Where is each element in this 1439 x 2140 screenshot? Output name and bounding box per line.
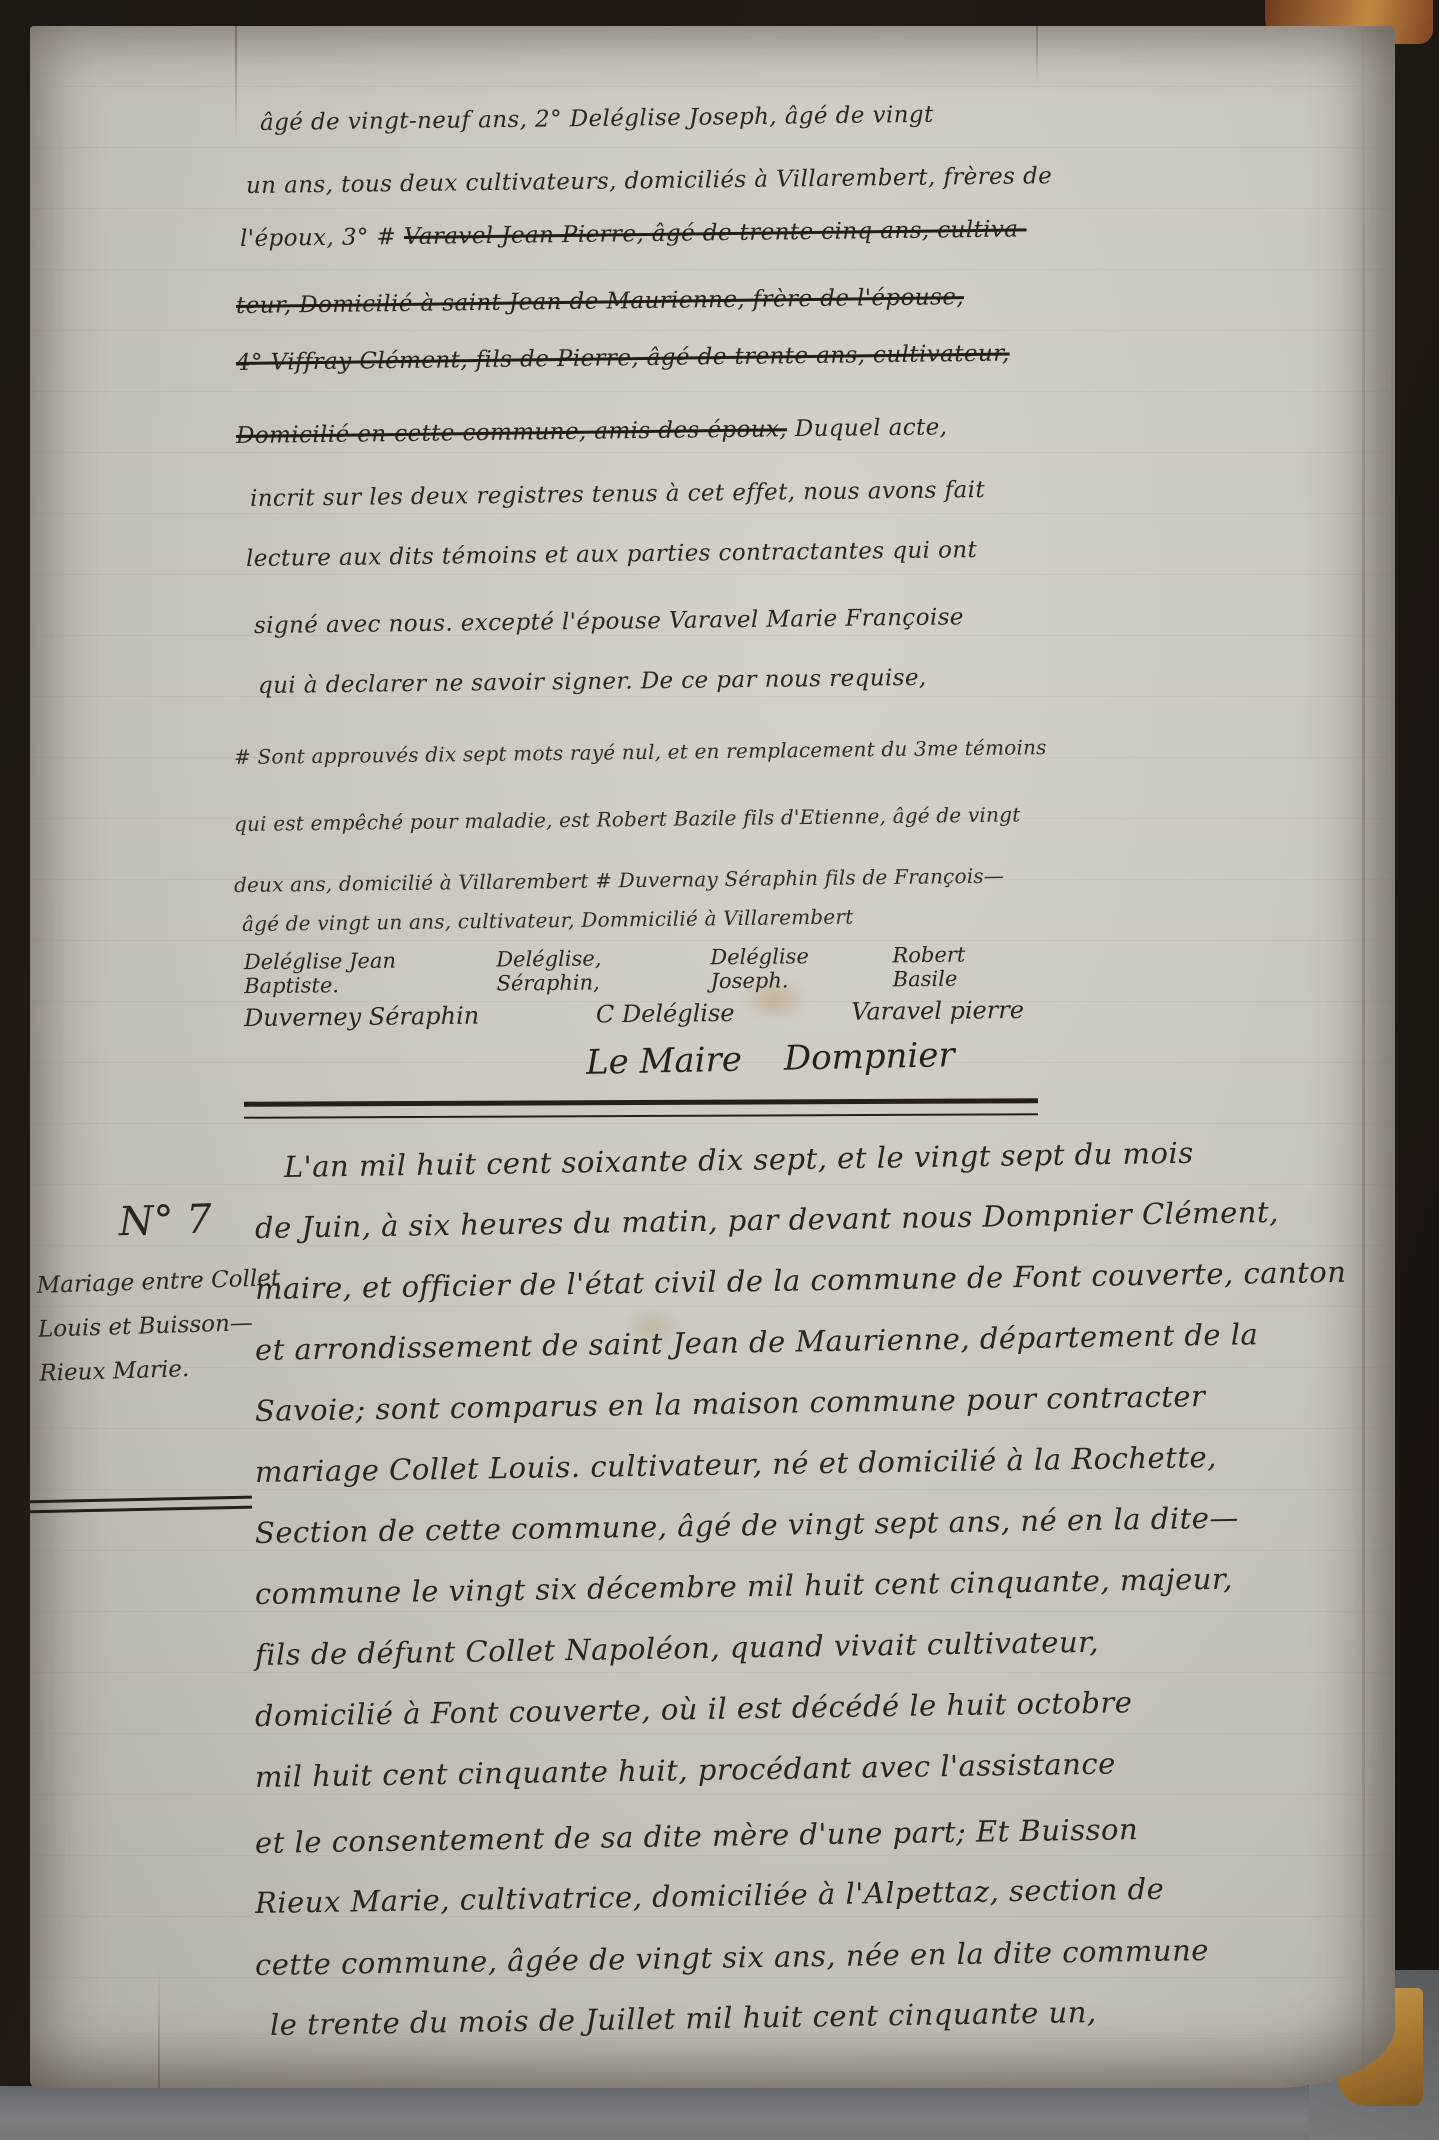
text-segment: domicilié à Font couverte, où il est déc… — [255, 1685, 1133, 1733]
signature: Duverney Séraphin — [244, 1002, 479, 1032]
signature-row: Deléglise Jean Baptiste. Deléglise, Séra… — [244, 942, 1036, 998]
text-segment: mil huit cent cinquante huit, procédant … — [255, 1746, 1116, 1794]
text-segment: Duquel acte, — [787, 414, 948, 442]
manuscript-line: mil huit cent cinquante huit, procédant … — [255, 1746, 1116, 1794]
manuscript-line: Section de cette commune, âgé de vingt s… — [255, 1501, 1239, 1550]
text-segment: # Sont approuvés dix sept mots rayé nul,… — [234, 735, 1047, 769]
manuscript-line: signé avec nous. excepté l'épouse Varave… — [254, 604, 964, 639]
manuscript-line: Savoie; sont comparus en la maison commu… — [255, 1379, 1206, 1428]
text-segment: Section de cette commune, âgé de vingt s… — [255, 1501, 1239, 1550]
annotation-line: # Sont approuvés dix sept mots rayé nul,… — [234, 735, 1047, 769]
text-segment: L'an mil huit cent soixante dix sept, et… — [284, 1136, 1194, 1184]
manuscript-line: incrit sur les deux registres tenus à ce… — [250, 477, 985, 512]
manuscript-line: le trente du mois de Juillet mil huit ce… — [270, 1995, 1097, 2042]
manuscript-line: l'époux, 3° # Varavel Jean Pierre, âgé d… — [240, 216, 1027, 252]
text-segment: lecture aux dits témoins et aux parties … — [246, 537, 977, 572]
struck-text-segment: teur, Domicilié à saint Jean de Maurienn… — [236, 284, 964, 319]
text-segment: un ans, tous deux cultivateurs, domicili… — [246, 163, 1052, 199]
text-segment: le trente du mois de Juillet mil huit ce… — [270, 1995, 1097, 2042]
text-segment: qui est empêché pour maladie, est Robert… — [234, 802, 1021, 836]
annotation-line: âgé de vingt un ans, cultivateur, Dommic… — [242, 905, 854, 936]
text-segment: signé avec nous. excepté l'épouse Varave… — [254, 604, 964, 639]
text-segment: et arrondissement de saint Jean de Mauri… — [255, 1317, 1259, 1367]
manuscript-line: mariage Collet Louis. cultivateur, né et… — [255, 1440, 1217, 1489]
page-crease — [158, 1966, 160, 2088]
manuscript-line: cette commune, âgée de vingt six ans, né… — [255, 1933, 1209, 1982]
text-segment: cette commune, âgée de vingt six ans, né… — [255, 1933, 1209, 1982]
manuscript-line: commune le vingt six décembre mil huit c… — [255, 1562, 1233, 1611]
manuscript-line: de Juin, à six heures du matin, par deva… — [255, 1195, 1279, 1245]
margin-note-line: Mariage entre Collet — [36, 1256, 273, 1307]
manuscript-line: un ans, tous deux cultivateurs, domicili… — [246, 163, 1052, 199]
struck-text-segment: Varavel Jean Pierre, âgé de trente cinq … — [404, 216, 1027, 250]
margin-note-line: Rieux Marie. — [39, 1344, 276, 1395]
page-curl-shadow — [1362, 26, 1365, 2088]
text-segment: âgé de vingt-neuf ans, 2° Deléglise Jose… — [260, 102, 934, 136]
signature: Deléglise Jean Baptiste. — [244, 948, 497, 999]
text-segment: Savoie; sont comparus en la maison commu… — [255, 1379, 1206, 1428]
register-page: âgé de vingt-neuf ans, 2° Deléglise Jose… — [30, 26, 1395, 2088]
text-segment: de Juin, à six heures du matin, par deva… — [255, 1195, 1279, 1245]
manuscript-line: L'an mil huit cent soixante dix sept, et… — [284, 1136, 1194, 1184]
manuscript-line: et le consentement de sa dite mère d'une… — [255, 1812, 1139, 1860]
mayor-closing-signature: Le Maire Dompnier — [586, 1035, 955, 1083]
manuscript-line: teur, Domicilié à saint Jean de Maurienn… — [236, 284, 964, 319]
text-segment: maire, et officier de l'état civil de la… — [255, 1255, 1347, 1306]
signature-row: Duverney Séraphin C Deléglise Varavel pi… — [244, 996, 1024, 1032]
page-crease — [1036, 26, 1038, 84]
annotation-line: qui est empêché pour maladie, est Robert… — [234, 802, 1021, 836]
annotation-line: deux ans, domicilié à Villarembert # Duv… — [234, 864, 1004, 897]
act-number: N° 7 — [118, 1194, 271, 1245]
manuscript-line: Domicilié en cette commune, amis des épo… — [236, 414, 948, 449]
background-fabric — [0, 2086, 1439, 2140]
signature: Robert Basile — [892, 942, 1036, 991]
text-segment: mariage Collet Louis. cultivateur, né et… — [255, 1440, 1217, 1489]
page-crease — [235, 26, 237, 141]
signature: Deléglise Joseph. — [710, 943, 893, 993]
text-segment: et le consentement de sa dite mère d'une… — [255, 1812, 1139, 1860]
manuscript-line: domicilié à Font couverte, où il est déc… — [255, 1685, 1133, 1733]
signature: Deléglise, Séraphin, — [496, 945, 711, 995]
margin-note-underline — [24, 1496, 252, 1514]
text-segment: fils de défunt Collet Napoléon, quand vi… — [255, 1625, 1100, 1672]
signature: C Deléglise — [596, 999, 735, 1028]
scanned-register-photo: âgé de vingt-neuf ans, 2° Deléglise Jose… — [0, 0, 1439, 2140]
manuscript-line: lecture aux dits témoins et aux parties … — [246, 537, 977, 572]
margin-note: N° 7 Mariage entre Collet Louis et Buiss… — [30, 1194, 276, 1395]
manuscript-line: fils de défunt Collet Napoléon, quand vi… — [255, 1625, 1100, 1672]
closing-title: Le Maire — [586, 1040, 743, 1083]
signature: Varavel pierre — [851, 996, 1024, 1026]
text-segment: Rieux Marie, cultivatrice, domiciliée à … — [255, 1872, 1165, 1920]
text-segment: âgé de vingt un ans, cultivateur, Dommic… — [242, 905, 854, 936]
text-segment: l'époux, 3° # — [240, 224, 404, 252]
text-segment: incrit sur les deux registres tenus à ce… — [250, 477, 985, 512]
text-segment: deux ans, domicilié à Villarembert # Duv… — [234, 864, 1004, 897]
text-segment: qui à declarer ne savoir signer. De ce p… — [258, 665, 927, 699]
manuscript-line: maire, et officier de l'état civil de la… — [255, 1255, 1347, 1306]
manuscript-line: 4° Viffray Clément, fils de Pierre, âgé … — [236, 341, 1010, 376]
act-divider-rule — [244, 1098, 1038, 1118]
closing-name: Dompnier — [783, 1035, 955, 1079]
manuscript-line: qui à declarer ne savoir signer. De ce p… — [258, 665, 927, 699]
manuscript-line: âgé de vingt-neuf ans, 2° Deléglise Jose… — [260, 102, 934, 136]
manuscript-line: et arrondissement de saint Jean de Mauri… — [255, 1317, 1259, 1367]
struck-text-segment: Domicilié en cette commune, amis des épo… — [236, 416, 787, 449]
margin-note-line: Louis et Buisson— — [37, 1300, 274, 1351]
struck-text-segment: 4° Viffray Clément, fils de Pierre, âgé … — [236, 341, 1010, 376]
manuscript-line: Rieux Marie, cultivatrice, domiciliée à … — [255, 1872, 1165, 1920]
text-segment: commune le vingt six décembre mil huit c… — [255, 1562, 1233, 1611]
